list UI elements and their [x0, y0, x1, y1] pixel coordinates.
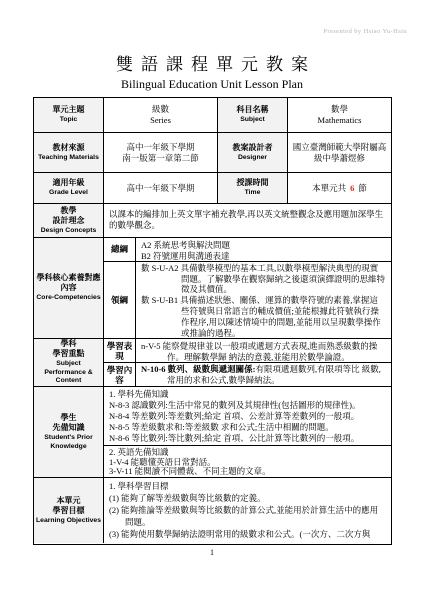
- subject-label-en: Subject: [240, 116, 265, 125]
- prior-subject-cell: 1. 學科先備知識 N-8-3 認識數列:生活中常見的數列及其規律性(包括圖形的…: [104, 387, 391, 445]
- design-label-en: Design Concepts: [41, 227, 97, 236]
- focus-content-term: N-10-6 數列、級數與遞迴關係:: [141, 364, 256, 374]
- time-sessions-count: 6: [350, 183, 354, 193]
- subject-value-en: Mathematics: [318, 115, 362, 126]
- time-value-prefix: 本單元共: [312, 183, 346, 193]
- core-label-zh-line2: 內容: [61, 283, 77, 293]
- core-general-text-cell: A2 系統思考與解決問題 B2 符號運用與溝通表達: [136, 238, 391, 261]
- focus-content-sublabel: 學習內容: [104, 363, 136, 386]
- prior-label-zh-line1: 學生: [61, 413, 77, 423]
- topic-label-cell: 單元主題 Topic: [34, 98, 104, 132]
- lesson-plan-table: 單元主題 Topic 級數 Series 科目名稱 Subject 數學 Mat…: [33, 97, 392, 545]
- core-content-area: 總綱 A2 系統思考與解決問題 B2 符號運用與溝通表達 領綱 數 S-U-A2…: [104, 238, 391, 338]
- core-domain-text-cell: 數 S-U-A2 具備數學模型的基本工具,以數學模型解決典型的現實問題。了解數學…: [136, 262, 391, 338]
- topic-label-en: Topic: [60, 116, 78, 125]
- prior-english-cell: 2. 英語先備知識 1-V-4 能聽懂英語日常對話。 3-V-11 能閱讀不同體…: [104, 446, 391, 477]
- objectives-item: (2) 能夠推論等差級數與等比級數的計算公式,並能用於計算生活中的應用問題。: [109, 504, 386, 528]
- time-label-cell: 授課時間 Time: [218, 173, 288, 203]
- page-title: 雙語課程單元教案: [0, 50, 424, 75]
- prior-subject-item: N-8-3 認識數列:生活中常見的數列及其規律性(包括圖形的規律性)。: [109, 400, 386, 411]
- topic-value-cell: 級數 Series: [104, 98, 218, 132]
- materials-value-line2: 南一版第一章第二節: [122, 153, 199, 164]
- prior-english-row: 2. 英語先備知識 1-V-4 能聽懂英語日常對話。 3-V-11 能閱讀不同體…: [104, 446, 391, 477]
- design-value-cell: 以課本的編排加上英文單字補充教學,再以英文統整觀念及應用題加深學生的數學觀念。: [104, 204, 391, 237]
- time-value-suffix: 節: [358, 183, 367, 193]
- core-label-en: Core-Competencies: [36, 294, 100, 303]
- core-general-item: B2 符號運用與溝通表達: [141, 251, 386, 261]
- materials-label-zh: 教材來源: [53, 143, 85, 153]
- table-row-materials: 教材來源 Teaching Materials 高中一年級下學期 南一版第一章第…: [34, 133, 391, 173]
- table-row-grade: 適用年級 Grade Level 高中一年級下學期 授課時間 Time 本單元共…: [34, 173, 391, 204]
- materials-value-line1: 高中一年級下學期: [126, 142, 194, 153]
- page-number: 1: [0, 548, 424, 557]
- topic-value-zh: 級數: [152, 104, 169, 115]
- focus-label-en: Subject Performance & Content: [35, 360, 102, 386]
- prior-label-zh-line2: 先備知識: [53, 423, 85, 433]
- designer-value-cell: 國立臺灣師範大學附屬高級中學蕭煜修: [288, 133, 391, 172]
- subject-value-cell: 數學 Mathematics: [288, 98, 391, 132]
- core-label-zh-line1: 學科核心素養對應: [37, 273, 101, 283]
- subject-value-zh: 數學: [331, 104, 348, 115]
- grade-value-cell: 高中一年級下學期: [104, 173, 218, 203]
- design-label-cell: 教學 設計理念 Design Concepts: [34, 204, 104, 237]
- objectives-label-cell: 本單元 學習目標 Learning Objectives: [34, 478, 104, 543]
- document-page: Presented by Hsiao Yu-Hsiu 雙語課程單元教案 Bili…: [0, 0, 424, 600]
- core-label-cell: 學科核心素養對應 內容 Core-Competencies: [34, 238, 104, 338]
- focus-performance-sublabel: 學習表現: [104, 339, 136, 362]
- objectives-item: (3) 能夠使用數學歸納法證明常用的級數求和公式。(一次方、二次方與: [109, 528, 386, 540]
- page-subtitle: Bilingual Education Unit Lesson Plan: [0, 77, 424, 92]
- focus-content-text-cell: N-10-6 數列、級數與遞迴關係:有限項遞迴數列,有限項等比 級數,常用的求和…: [136, 363, 391, 386]
- objectives-title: 1. 學科學習目標: [109, 480, 386, 492]
- objectives-text-cell: 1. 學科學習目標 (1) 能夠了解等差級數與等比級數的定義。 (2) 能夠推論…: [104, 478, 391, 543]
- table-row-learning-objectives: 本單元 學習目標 Learning Objectives 1. 學科學習目標 (…: [34, 478, 391, 543]
- materials-label-cell: 教材來源 Teaching Materials: [34, 133, 104, 172]
- subject-label-cell: 科目名稱 Subject: [218, 98, 288, 132]
- watermark-credit: Presented by Hsiao Yu-Hsiu: [323, 28, 407, 35]
- designer-label-cell: 教案設計者 Designer: [218, 133, 288, 172]
- core-general-row: 總綱 A2 系統思考與解決問題 B2 符號運用與溝通表達: [104, 238, 391, 262]
- materials-label-en: Teaching Materials: [38, 154, 99, 163]
- core-general-item: A2 系統思考與解決問題: [141, 240, 386, 251]
- time-label-en: Time: [245, 189, 261, 198]
- grade-label-cell: 適用年級 Grade Level: [34, 173, 104, 203]
- prior-subject-row: 1. 學科先備知識 N-8-3 認識數列:生活中常見的數列及其規律性(包括圖形的…: [104, 387, 391, 446]
- focus-label-zh-line1: 學科: [61, 339, 77, 349]
- prior-subject-item: N-8-5 等差級數求和:等差級數 求和公式;生活中相關的問題。: [109, 422, 386, 433]
- table-row-core-competencies: 學科核心素養對應 內容 Core-Competencies 總綱 A2 系統思考…: [34, 238, 391, 339]
- table-row-subject-focus: 學科 學習重點 Subject Performance & Content 學習…: [34, 339, 391, 387]
- focus-content-area: 學習表現 n-V-5 能察覺規律並以一般項或遞迴方式表現,進而熟悉級數的操作。理…: [104, 339, 391, 386]
- core-domain-sublabel: 領綱: [104, 262, 136, 338]
- table-row-topic: 單元主題 Topic 級數 Series 科目名稱 Subject 數學 Mat…: [34, 98, 391, 133]
- focus-label-zh-line2: 學習重點: [53, 349, 85, 359]
- time-value: 本單元共6節: [312, 183, 367, 194]
- objectives-label-zh-line2: 學習目標: [53, 506, 85, 516]
- prior-label-en: Student's Prior Knowledge: [35, 434, 102, 451]
- topic-label-zh: 單元主題: [53, 105, 85, 115]
- focus-performance-text: n-V-5 能察覺規律並以一般項或遞迴方式表現,進而熟悉級數的操作。理解數學歸 …: [141, 341, 386, 362]
- focus-performance-text-cell: n-V-5 能察覺規律並以一般項或遞迴方式表現,進而熟悉級數的操作。理解數學歸 …: [136, 339, 391, 362]
- core-domain-item: 數 S-U-A2 具備數學模型的基本工具,以數學模型解決典型的現實問題。了解數學…: [141, 263, 386, 295]
- time-label-zh: 授課時間: [237, 178, 269, 188]
- core-general-sublabel: 總綱: [104, 238, 136, 261]
- focus-content-row: 學習內容 N-10-6 數列、級數與遞迴關係:有限項遞迴數列,有限項等比 級數,…: [104, 363, 391, 386]
- prior-subject-item: N-8-6 等比數列:等比數列;給定 首項、公比計算等比數列的一般項。: [109, 433, 386, 444]
- design-label-zh-line2: 設計理念: [53, 216, 85, 226]
- designer-value: 國立臺灣師範大學附屬高級中學蕭煜修: [292, 142, 387, 164]
- designer-label-zh: 教案設計者: [233, 143, 273, 153]
- focus-content-text: N-10-6 數列、級數與遞迴關係:有限項遞迴數列,有限項等比 級數,常用的求和…: [141, 364, 386, 386]
- grade-value: 高中一年級下學期: [126, 183, 194, 194]
- materials-value-cell: 高中一年級下學期 南一版第一章第二節: [104, 133, 218, 172]
- prior-english-item: 3-V-11 能閱讀不同體裁、不同主題的文章。: [109, 467, 386, 477]
- objectives-item: (1) 能夠了解等差級數與等比級數的定義。: [109, 492, 386, 504]
- grade-label-zh: 適用年級: [53, 178, 85, 188]
- grade-label-en: Grade Level: [49, 189, 88, 198]
- table-row-design-concepts: 教學 設計理念 Design Concepts 以課本的編排加上英文單字補充教學…: [34, 204, 391, 238]
- design-label-zh-line1: 教學: [61, 206, 77, 216]
- time-value-cell: 本單元共6節: [288, 173, 391, 203]
- topic-value-en: Series: [150, 115, 171, 126]
- objectives-label-en: Learning Objectives: [36, 517, 101, 526]
- prior-subject-title: 1. 學科先備知識: [109, 389, 386, 400]
- core-domain-row: 領綱 數 S-U-A2 具備數學模型的基本工具,以數學模型解決典型的現實問題。了…: [104, 262, 391, 338]
- subject-label-zh: 科目名稱: [237, 105, 269, 115]
- design-value-text: 以課本的編排加上英文單字補充教學,再以英文統整觀念及應用題加深學生的數學觀念。: [109, 209, 386, 231]
- focus-label-cell: 學科 學習重點 Subject Performance & Content: [34, 339, 104, 386]
- prior-content-area: 1. 學科先備知識 N-8-3 認識數列:生活中常見的數列及其規律性(包括圖形的…: [104, 387, 391, 477]
- table-row-prior-knowledge: 學生 先備知識 Student's Prior Knowledge 1. 學科先…: [34, 387, 391, 478]
- focus-performance-row: 學習表現 n-V-5 能察覺規律並以一般項或遞迴方式表現,進而熟悉級數的操作。理…: [104, 339, 391, 363]
- prior-subject-item: N-8-4 等差數列:等差數列;給定 首項、公差計算等差數列的一般項。: [109, 411, 386, 422]
- prior-label-cell: 學生 先備知識 Student's Prior Knowledge: [34, 387, 104, 477]
- objectives-label-zh-line1: 本單元: [57, 496, 81, 506]
- designer-label-en: Designer: [238, 154, 267, 163]
- core-domain-item: 數 S-U-B1 具備描述狀態、關係、運算的數學符號的素養,掌握這些符號與日常語…: [141, 295, 386, 338]
